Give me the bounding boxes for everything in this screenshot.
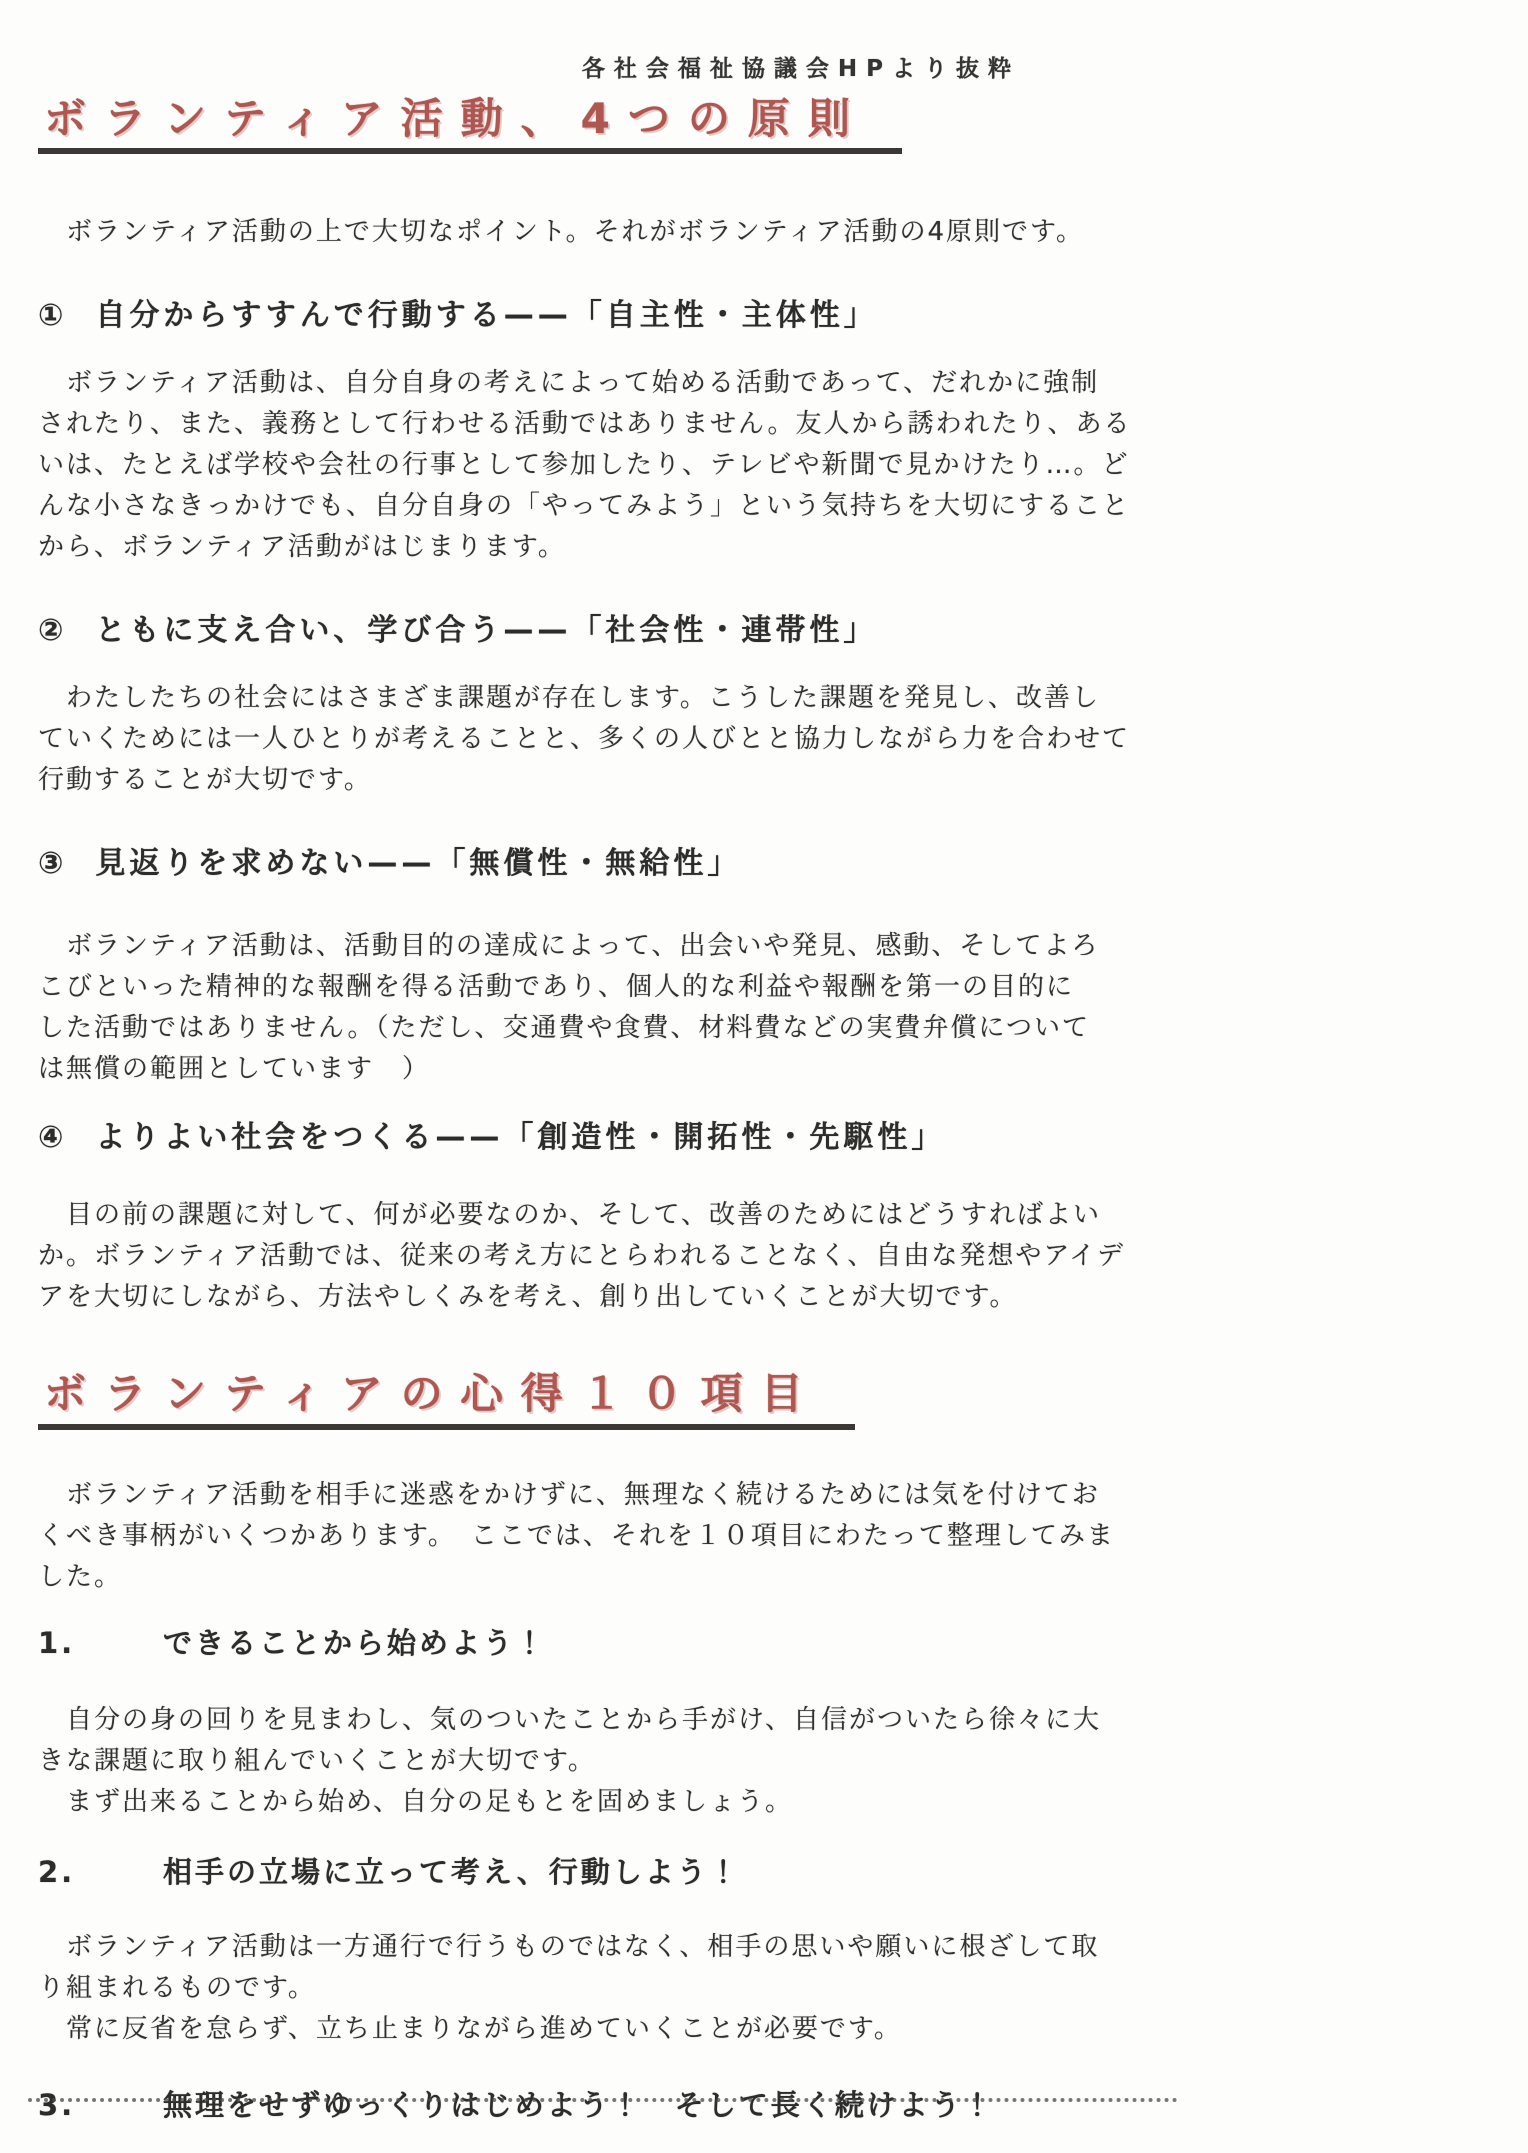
section1-intro: ボランティア活動の上で大切なポイント。それがボランティア活動の4原則です。 <box>38 212 1168 253</box>
document-content: ボランティア活動、4つの原則 ボランティア活動の上で大切なポイント。それがボラン… <box>0 93 1168 2122</box>
section2-title-row: ボランティアの心得１０項目 <box>38 1368 1168 1429</box>
circled-number-1: ① <box>38 298 67 333</box>
guideline-item-2: 2.相手の立場に立って考え、行動しよう！ ボランティア活動は一方通行で行うもので… <box>38 1855 1168 2050</box>
guideline-item-3-heading: 3.無理をせずゆっくりはじめよう！ そして長く続けよう！ <box>38 2088 1168 2122</box>
guideline-item-1-body: 自分の身の回りを見まわし、気のついたことから手がけ、自信がついたら徐々に大 きな… <box>38 1700 1168 1823</box>
principle-2-body: わたしたちの社会にはさまざま課題が存在します。こうした課題を発見し、改善し てい… <box>38 678 1168 801</box>
guideline-item-1: 1.できることから始めよう！ 自分の身の回りを見まわし、気のついたことから手がけ… <box>38 1626 1168 1823</box>
principle-1: ①自分からすすんで行動する——「自主性・主体性」 ボランティア活動は、自分自身の… <box>38 298 1168 568</box>
circled-number-2: ② <box>38 613 67 648</box>
document-page: 各社会福祉協議会HPより抜粋 ボランティア活動、4つの原則 ボランティア活動の上… <box>0 0 1528 2153</box>
principle-1-body: ボランティア活動は、自分自身の考えによって始める活動であって、だれかに強制 され… <box>38 363 1168 568</box>
scan-artifact-line <box>28 2098 1178 2102</box>
principle-3-heading-text: 見返りを求めない——「無償性・無給性」 <box>95 846 741 881</box>
principle-1-heading: ①自分からすすんで行動する——「自主性・主体性」 <box>38 298 1168 333</box>
principle-2: ②ともに支え合い、学び合う——「社会性・連帯性」 わたしたちの社会にはさまざま課… <box>38 613 1168 801</box>
guideline-item-1-heading-text: できることから始めよう！ <box>163 1626 547 1660</box>
section1-title: ボランティア活動、4つの原則 <box>38 93 902 154</box>
section2-intro: ボランティア活動を相手に迷惑をかけずに、無理なく続けるためには気を付けてお くべ… <box>38 1475 1168 1598</box>
principle-3: ③見返りを求めない——「無償性・無給性」 ボランティア活動は、活動目的の達成によ… <box>38 846 1168 1090</box>
guideline-item-3-heading-text: 無理をせずゆっくりはじめよう！ そして長く続けよう！ <box>163 2088 995 2122</box>
principle-4-body: 目の前の課題に対して、何が必要なのか、そして、改善のためにはどうすればよい か。… <box>38 1195 1168 1318</box>
guideline-item-2-heading-text: 相手の立場に立って考え、行動しよう！ <box>163 1855 741 1889</box>
section2-title: ボランティアの心得１０項目 <box>38 1368 855 1429</box>
principle-4: ④よりよい社会をつくる——「創造性・開拓性・先駆性」 目の前の課題に対して、何が… <box>38 1120 1168 1318</box>
circled-number-4: ④ <box>38 1120 67 1155</box>
guideline-item-2-body: ボランティア活動は一方通行で行うものではなく、相手の思いや願いに根ざして取 り組… <box>38 1927 1168 2050</box>
item-number-3: 3. <box>38 2088 163 2122</box>
principle-3-body: ボランティア活動は、活動目的の達成によって、出会いや発見、感動、そしてよろ こび… <box>38 926 1168 1090</box>
principle-2-heading: ②ともに支え合い、学び合う——「社会性・連帯性」 <box>38 613 1168 648</box>
source-note: 各社会福祉協議会HPより抜粋 <box>0 0 1020 83</box>
guideline-item-1-heading: 1.できることから始めよう！ <box>38 1626 1168 1660</box>
item-number-2: 2. <box>38 1855 163 1889</box>
principle-3-heading: ③見返りを求めない——「無償性・無給性」 <box>38 846 1168 881</box>
item-number-1: 1. <box>38 1626 163 1660</box>
circled-number-3: ③ <box>38 846 67 881</box>
principle-4-heading-text: よりよい社会をつくる——「創造性・開拓性・先駆性」 <box>95 1120 945 1155</box>
principle-2-heading-text: ともに支え合い、学び合う——「社会性・連帯性」 <box>95 613 877 648</box>
guideline-item-2-heading: 2.相手の立場に立って考え、行動しよう！ <box>38 1855 1168 1889</box>
principle-4-heading: ④よりよい社会をつくる——「創造性・開拓性・先駆性」 <box>38 1120 1168 1155</box>
principle-1-heading-text: 自分からすすんで行動する——「自主性・主体性」 <box>95 298 877 333</box>
guideline-item-3: 3.無理をせずゆっくりはじめよう！ そして長く続けよう！ <box>38 2088 1168 2122</box>
section1-title-row: ボランティア活動、4つの原則 <box>38 93 1168 154</box>
